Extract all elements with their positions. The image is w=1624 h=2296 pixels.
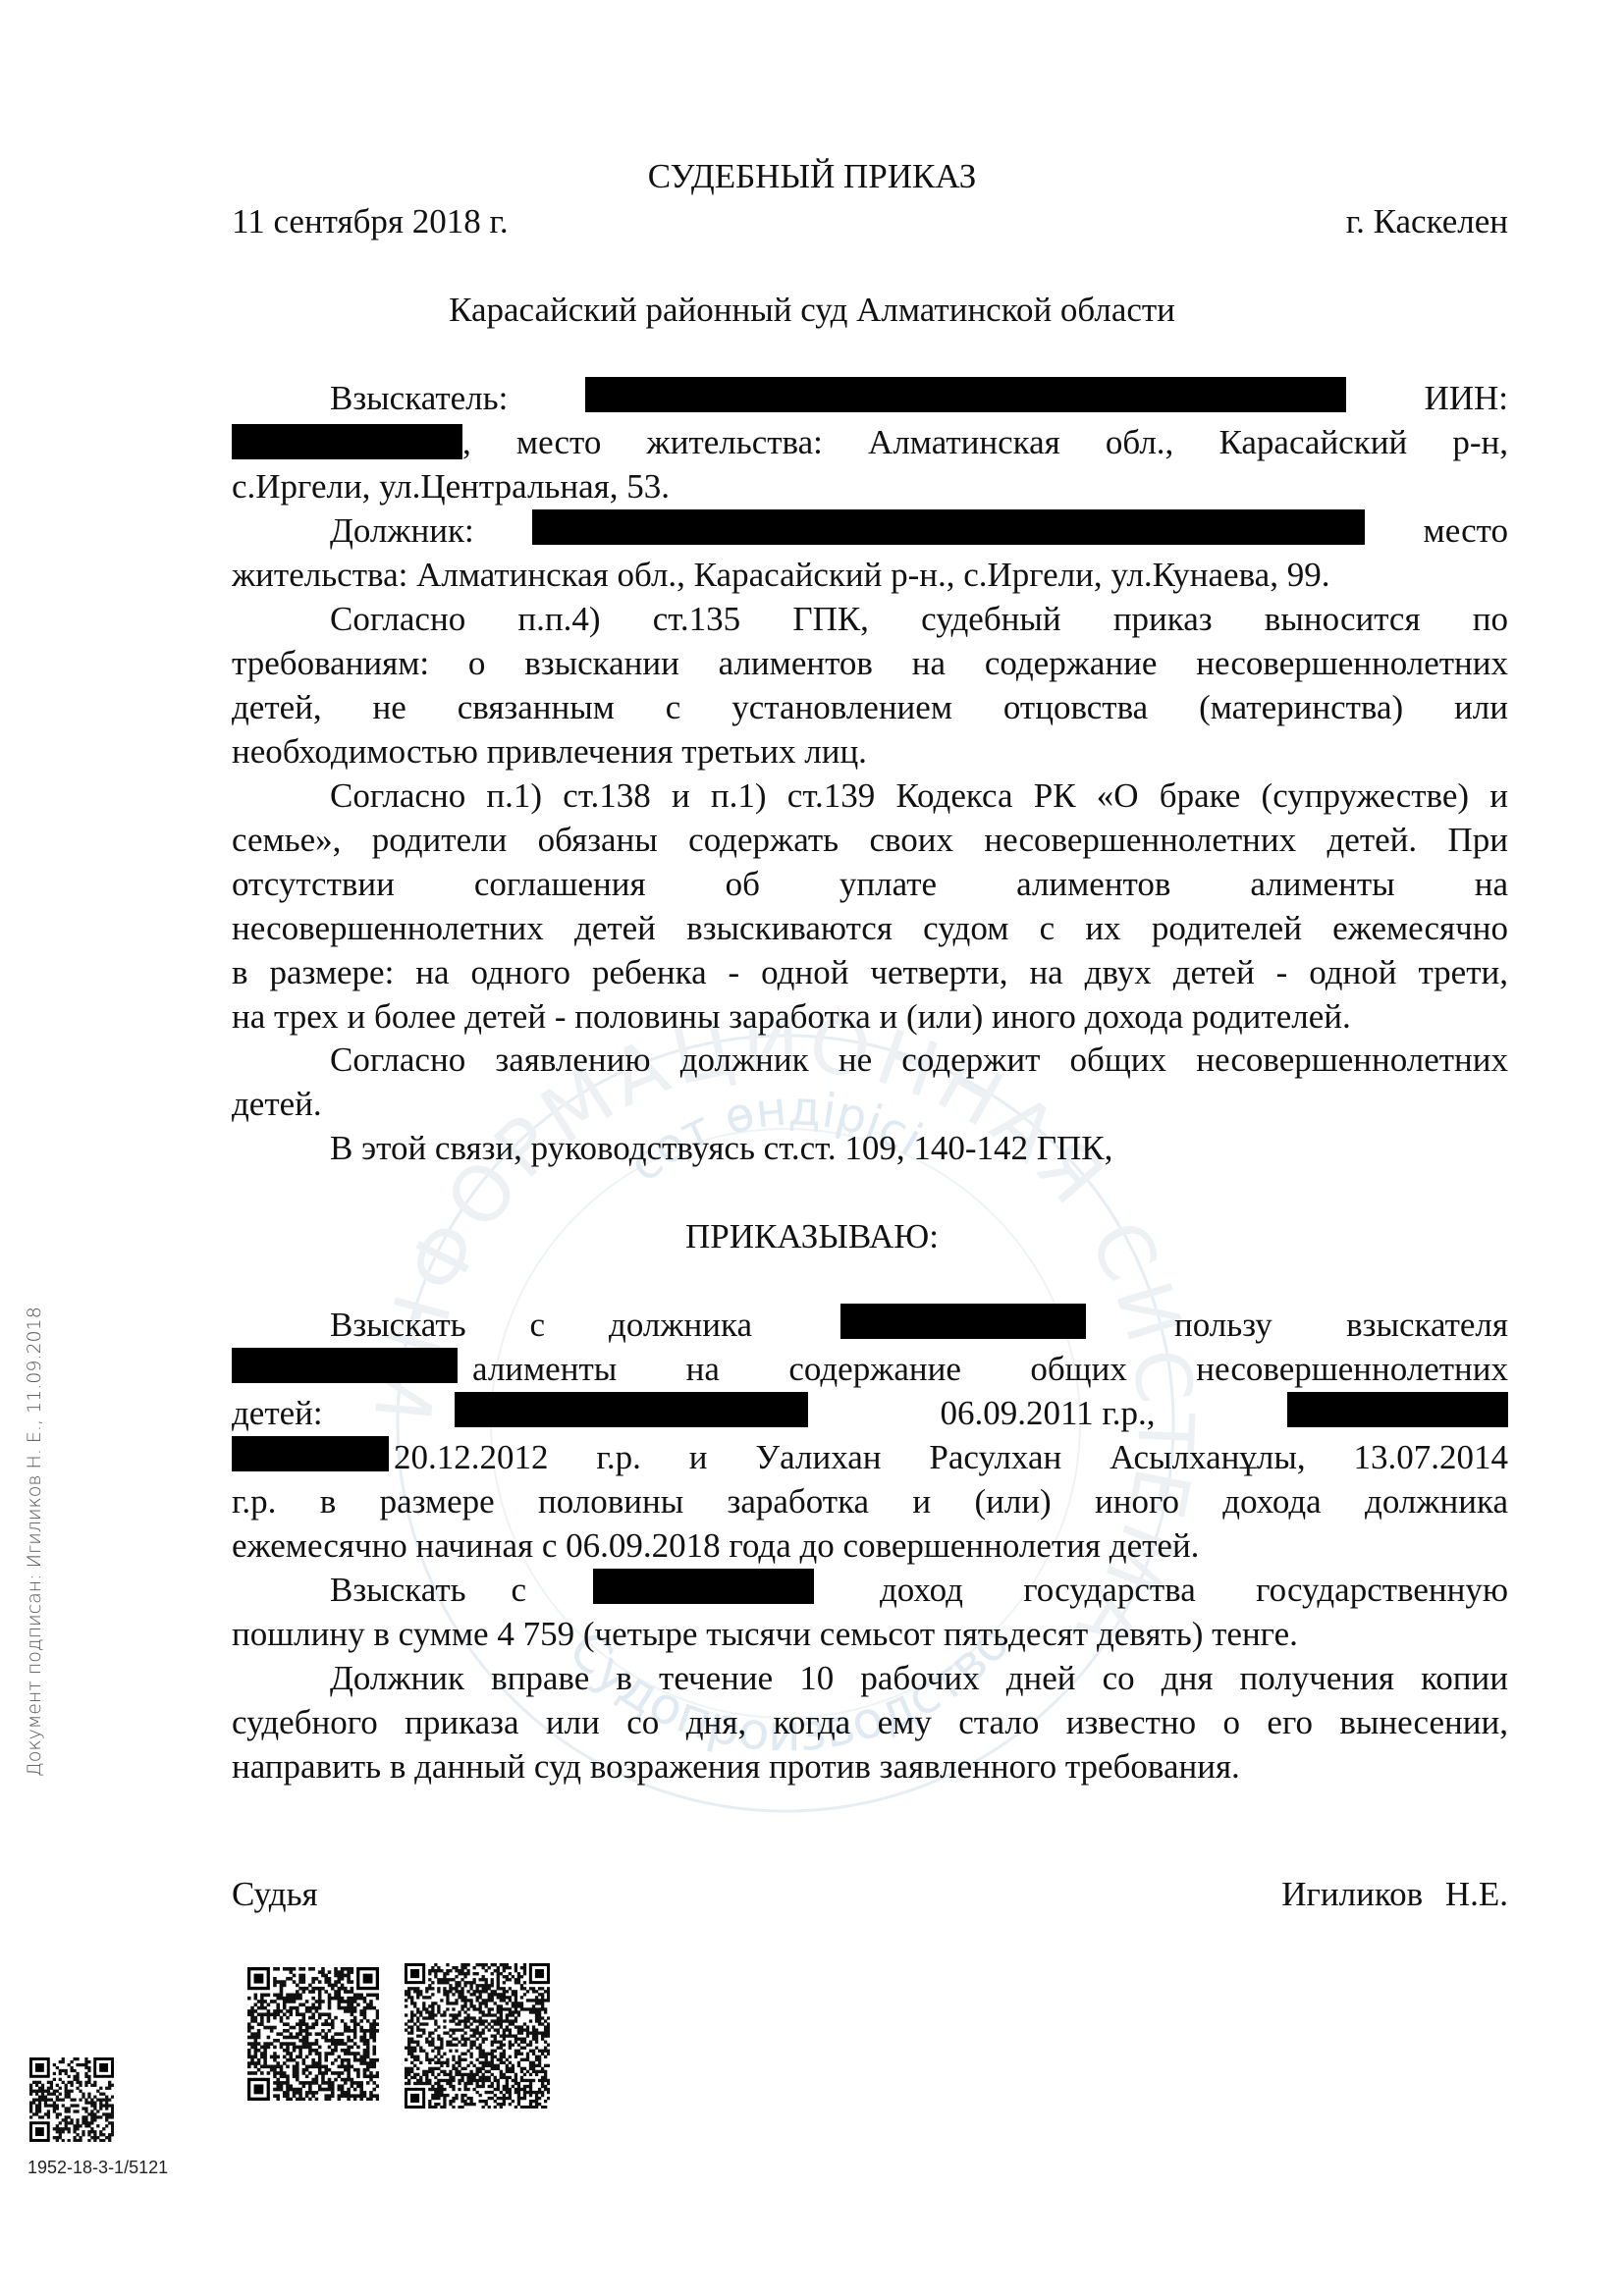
claimant-label: Взыскатель:	[330, 377, 508, 420]
paragraph-line: несовершеннолетних детей взыскиваются су…	[232, 907, 1508, 950]
paragraph-line: Должник вправе в течение 10 рабочих дней…	[232, 1657, 1508, 1700]
debtor-label: Должник:	[330, 509, 474, 553]
digital-signature-note: Документ подписан: Игиликов Н. Е., 11.09…	[24, 1307, 45, 1777]
qr-code-doc	[29, 2057, 114, 2142]
document-city: г. Каскелен	[1346, 200, 1508, 243]
order-heading: ПРИКАЗЫВАЮ:	[0, 1215, 1624, 1258]
redacted-child-1	[455, 1392, 808, 1427]
redacted-child-2	[1287, 1392, 1508, 1427]
redacted-debtor-name-3	[593, 1569, 814, 1604]
redacted-child-2-cont	[232, 1436, 389, 1471]
header-row: 11 сентября 2018 г. г. Каскелен	[232, 200, 1508, 243]
paragraph-line: отсутствии соглашения об уплате алименто…	[232, 863, 1508, 906]
document-number: 1952-18-3-1/5121	[27, 2158, 168, 2178]
paragraph-line: на трех и более детей - половины заработ…	[232, 995, 1508, 1039]
paragraph-line: Согласно п.1) ст.138 и п.1) ст.139 Кодек…	[232, 774, 1508, 818]
order-line-4: 20.12.2012 г.р. и Уалихан Расулхан Асылх…	[232, 1436, 1508, 1479]
redacted-claimant-name	[585, 377, 1346, 412]
qr-code-1	[247, 1967, 379, 2101]
redacted-debtor-name-2	[840, 1304, 1086, 1339]
paragraph-line: направить в данный суд возражения против…	[232, 1745, 1508, 1789]
order-line-1: Взыскать с должника пользу взыскателя	[232, 1304, 1508, 1347]
paragraph-line: судебного приказа или со дня, когда ему …	[232, 1701, 1508, 1744]
signature-row: Судья Игиликов Н.Е.	[232, 1873, 1508, 1916]
paragraph-grounds: В этой связи, руководствуясь ст.ст. 109,…	[232, 1127, 1508, 1170]
claimant-address: с.Иргели, ул.Центральная, 53.	[232, 465, 1508, 508]
redacted-claimant-name-2	[232, 1348, 458, 1383]
order-line-5: г.р. в размере половины заработка и (или…	[232, 1480, 1508, 1523]
paragraph-line: Согласно п.п.4) ст.135 ГПК, судебный при…	[232, 598, 1508, 641]
order-line-6: ежемесячно начиная с 06.09.2018 года до …	[232, 1524, 1508, 1568]
debtor-line: Должник: место	[232, 509, 1508, 553]
judge-name: Игиликов Н.Е.	[1281, 1873, 1508, 1916]
court-name: Карасайский районный суд Алматинской обл…	[0, 289, 1624, 332]
order-line-3: детей: 06.09.2011 г.р.,	[232, 1392, 1508, 1435]
paragraph-line: Согласно заявлению должник не содержит о…	[232, 1039, 1508, 1082]
qr-code-2	[405, 1963, 550, 2109]
claimant-line: Взыскатель: ИИН:	[232, 377, 1508, 420]
fee-line-1: Взыскать с доход государства государстве…	[232, 1569, 1508, 1612]
debtor-address: жительства: Алматинская обл., Карасайски…	[232, 554, 1508, 597]
paragraph-line: семье», родители обязаны содержать своих…	[232, 819, 1508, 862]
document-title: СУДЕБНЫЙ ПРИКАЗ	[0, 155, 1624, 198]
paragraph-line: необходимостью привлечения третьих лиц.	[232, 730, 1508, 774]
claimant-residence-line: , место жительства: Алматинская обл., Ка…	[232, 421, 1508, 464]
fee-line-2: пошлину в сумме 4 759 (четыре тысячи сем…	[232, 1613, 1508, 1656]
document-page: ИНФОРМАЦИОННАЯ СИСТЕМА сот өндірісі Судо…	[0, 0, 1624, 2296]
document-date: 11 сентября 2018 г.	[232, 200, 509, 243]
judge-role: Судья	[232, 1873, 318, 1916]
paragraph-line: в размере: на одного ребенка - одной чет…	[232, 951, 1508, 994]
paragraph-line: требованиям: о взыскании алиментов на со…	[232, 642, 1508, 685]
redacted-claimant-iin	[232, 424, 462, 459]
paragraph-line: детей.	[232, 1083, 1508, 1126]
redacted-debtor-name	[532, 509, 1365, 545]
order-line-2: алименты на содержание общих несовершенн…	[232, 1348, 1508, 1391]
iin-label: ИИН:	[1424, 377, 1508, 420]
paragraph-line: детей, не связанным с установлением отцо…	[232, 686, 1508, 729]
